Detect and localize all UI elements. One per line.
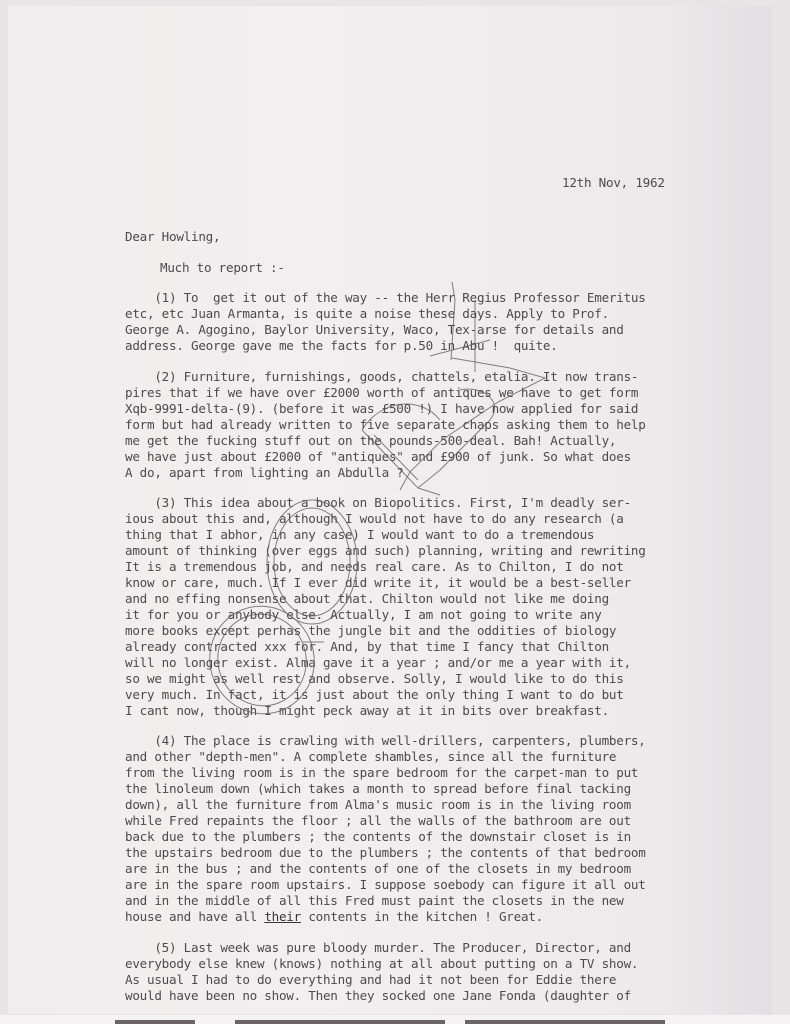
- paragraph-line: (2) Furniture, furnishings, goods, chatt…: [125, 369, 638, 385]
- intro-line: Much to report :-: [160, 260, 285, 276]
- edge-shadow: [465, 1020, 665, 1024]
- paragraph-line: everybody else knew (knows) nothing at a…: [125, 956, 638, 972]
- paragraph-line: and in the middle of all this Fred must …: [125, 893, 624, 909]
- paragraph-line: A do, apart from lighting an Abdulla ?: [125, 465, 404, 481]
- letter-date: 12th Nov, 1962: [562, 175, 665, 191]
- text-segment: contents in the kitchen ! Great.: [301, 909, 543, 924]
- paragraph-line: and no effing nonsense about that. Chilt…: [125, 591, 609, 607]
- paragraph-line: thing that I abhor, in any case) I would…: [125, 527, 594, 543]
- paragraph-line: address. George gave me the facts for p.…: [125, 338, 558, 354]
- paragraph-line: George A. Agogino, Baylor University, Wa…: [125, 322, 624, 338]
- paragraph-line: down), all the furniture from Alma's mus…: [125, 797, 631, 813]
- paragraph-line: are in the bus ; and the contents of one…: [125, 861, 631, 877]
- paragraph-line: ious about this and, although I would no…: [125, 511, 624, 527]
- edge-shadow: [235, 1020, 445, 1024]
- salutation: Dear Howling,: [125, 229, 220, 245]
- paragraph-line: from the living room is in the spare bed…: [125, 765, 638, 781]
- scan-bottom-edge: [0, 1015, 790, 1024]
- paragraph-line: I cant now, though I might peck away at …: [125, 703, 609, 719]
- paragraph-line: very much. In fact, it is just about the…: [125, 687, 624, 703]
- paragraph-line: (3) This idea about a book on Biopolitic…: [125, 495, 631, 511]
- paragraph-line: the upstairs bedroom due to the plumbers…: [125, 845, 646, 861]
- paragraph-line: me get the fucking stuff out on the poun…: [125, 433, 616, 449]
- paragraph-line: (1) To get it out of the way -- the Herr…: [125, 290, 646, 306]
- paragraph-line: know or care, much. If I ever did write …: [125, 575, 631, 591]
- paragraph-line: we have just about £2000 of "antiques" a…: [125, 449, 631, 465]
- paragraph-line: (5) Last week was pure bloody murder. Th…: [125, 940, 631, 956]
- paragraph-line: Xqb-9991-delta-(9). (before it was £500 …: [125, 401, 638, 417]
- paragraph-line: pires that if we have over £2000 worth o…: [125, 385, 638, 401]
- paragraph-line: so we might as well rest and observe. So…: [125, 671, 624, 687]
- text-segment: house and have all: [125, 909, 264, 924]
- underlined-word: their: [264, 909, 301, 924]
- paragraph-line: It is a tremendous job, and needs real c…: [125, 559, 624, 575]
- paragraph-line: form but had already written to five sep…: [125, 417, 646, 433]
- paragraph-last-line: house and have all their contents in the…: [125, 909, 543, 925]
- edge-shadow: [115, 1020, 195, 1024]
- paragraph-line: (4) The place is crawling with well-dril…: [125, 733, 646, 749]
- paragraph-line: back due to the plumbers ; the contents …: [125, 829, 631, 845]
- paragraph-line: etc, etc Juan Armanta, is quite a noise …: [125, 306, 609, 322]
- paragraph-line: and other "depth-men". A complete shambl…: [125, 749, 616, 765]
- paragraph-line: amount of thinking (over eggs and such) …: [125, 543, 646, 559]
- paragraph-line: As usual I had to do everything and had …: [125, 972, 616, 988]
- paragraph-line: are in the spare room upstairs. I suppos…: [125, 877, 646, 893]
- paragraph-line: would have been no show. Then they socke…: [125, 988, 631, 1004]
- paragraph-line: it for you or anybody else. Actually, I …: [125, 607, 602, 623]
- paragraph-line: the linoleum down (which takes a month t…: [125, 781, 631, 797]
- paragraph-line: while Fred repaints the floor ; all the …: [125, 813, 631, 829]
- paragraph-line: will no longer exist. Alma gave it a yea…: [125, 655, 631, 671]
- paragraph-line: already contracted xxx for. And, by that…: [125, 639, 609, 655]
- paragraph-line: more books except perhas the jungle bit …: [125, 623, 616, 639]
